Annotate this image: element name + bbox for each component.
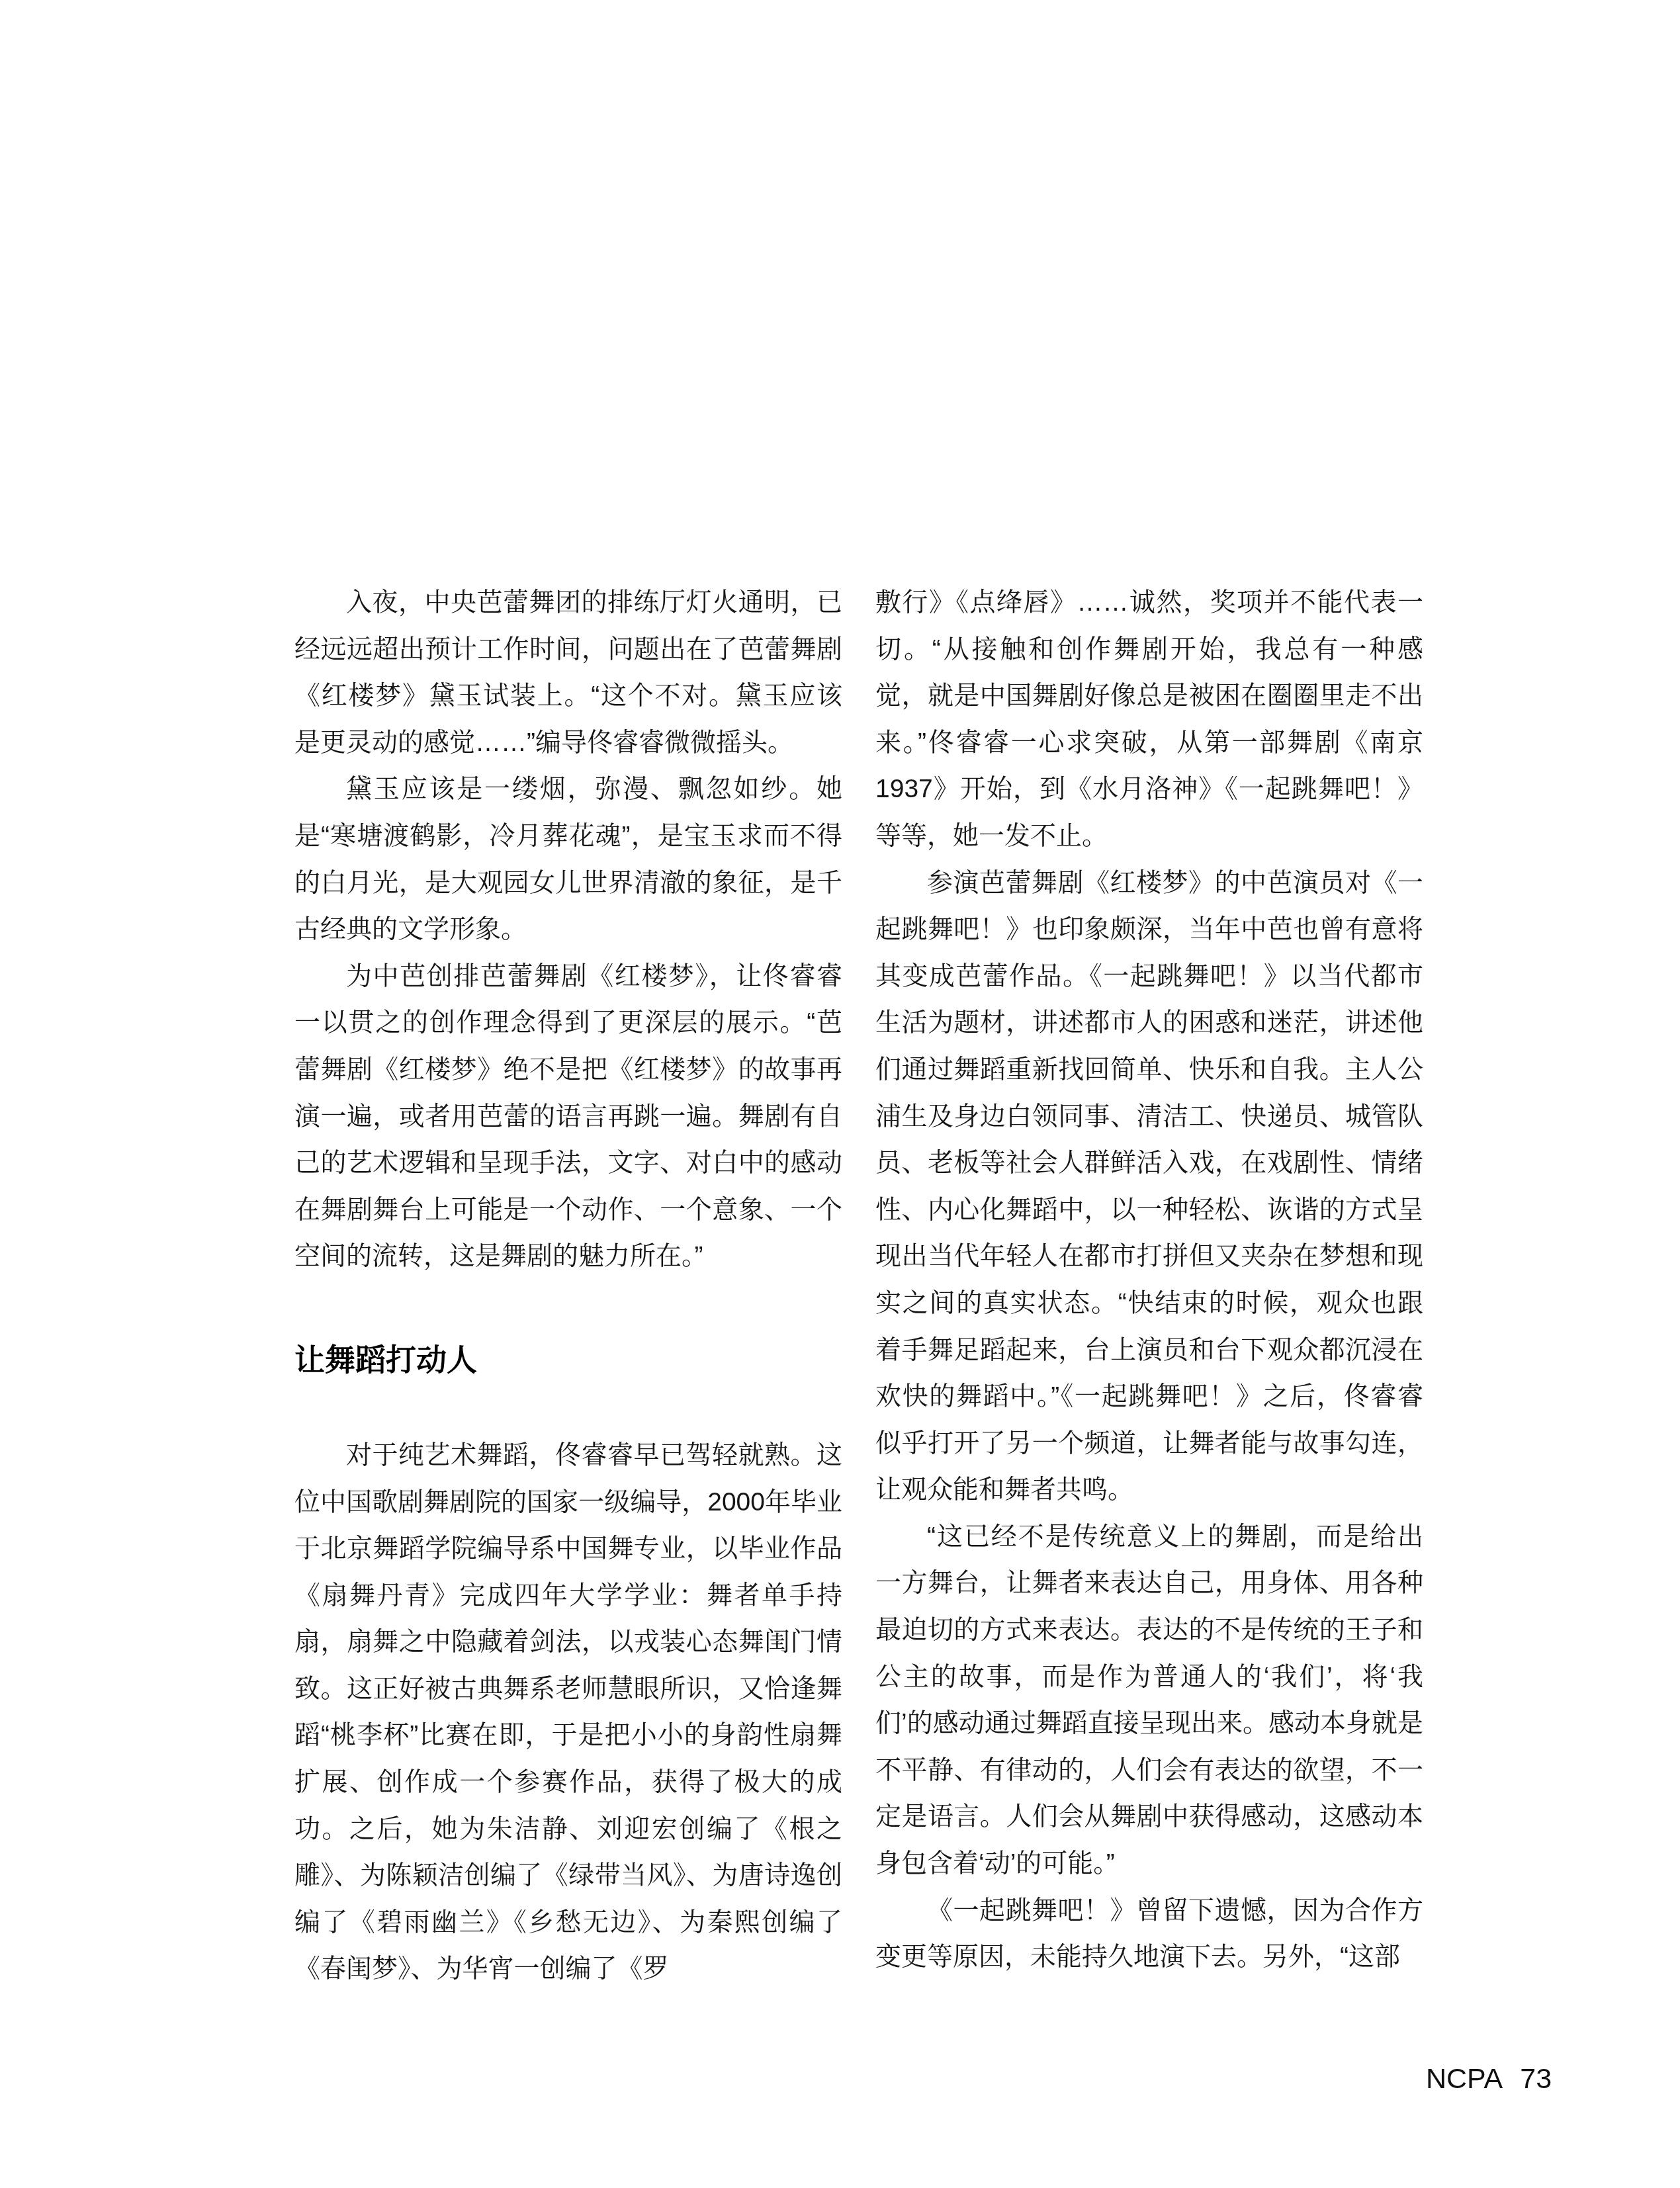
- section-heading: 让舞蹈打动人: [294, 1340, 842, 1379]
- continuation-paragraph: 敷行》《点绛唇》……诚然，奖项并不能代表一切。“从接触和创作舞剧开始，我总有一种…: [875, 580, 1423, 860]
- journal-name: NCPA: [1426, 2063, 1503, 2095]
- page-footer: NCPA73: [1426, 2063, 1552, 2095]
- paragraph: 黛玉应该是一缕烟，弥漫、飘忽如纱。她是“寒塘渡鹤影，冷月葬花魂”，是宝玉求而不得…: [294, 766, 842, 953]
- paragraph: “这已经不是传统意义上的舞剧，而是给出一方舞台，让舞者来表达自己，用身体、用各种…: [875, 1514, 1423, 1888]
- paragraph: 入夜，中央芭蕾舞团的排练厅灯火通明，已经远远超出预计工作时间，问题出在了芭蕾舞剧…: [294, 580, 842, 766]
- page-number: 73: [1520, 2063, 1552, 2095]
- left-column: 入夜，中央芭蕾舞团的排练厅灯火通明，已经远远超出预计工作时间，问题出在了芭蕾舞剧…: [294, 580, 842, 1993]
- right-column: 敷行》《点绛唇》……诚然，奖项并不能代表一切。“从接触和创作舞剧开始，我总有一种…: [875, 580, 1423, 1981]
- paragraph: 对于纯艺术舞蹈，佟睿睿早已驾轻就熟。这位中国歌剧舞剧院的国家一级编导，2000年…: [294, 1432, 842, 1993]
- paragraph: 《一起跳舞吧！》曾留下遗憾，因为合作方变更等原因，未能持久地演下去。另外，“这部: [875, 1888, 1423, 1981]
- paragraph: 为中芭创排芭蕾舞剧《红楼梦》，让佟睿睿一以贯之的创作理念得到了更深层的展示。“芭…: [294, 953, 842, 1280]
- paragraph: 参演芭蕾舞剧《红楼梦》的中芭演员对《一起跳舞吧！》也印象颇深，当年中芭也曾有意将…: [875, 860, 1423, 1514]
- magazine-page: 入夜，中央芭蕾舞团的排练厅灯火通明，已经远远超出预计工作时间，问题出在了芭蕾舞剧…: [0, 0, 1680, 2188]
